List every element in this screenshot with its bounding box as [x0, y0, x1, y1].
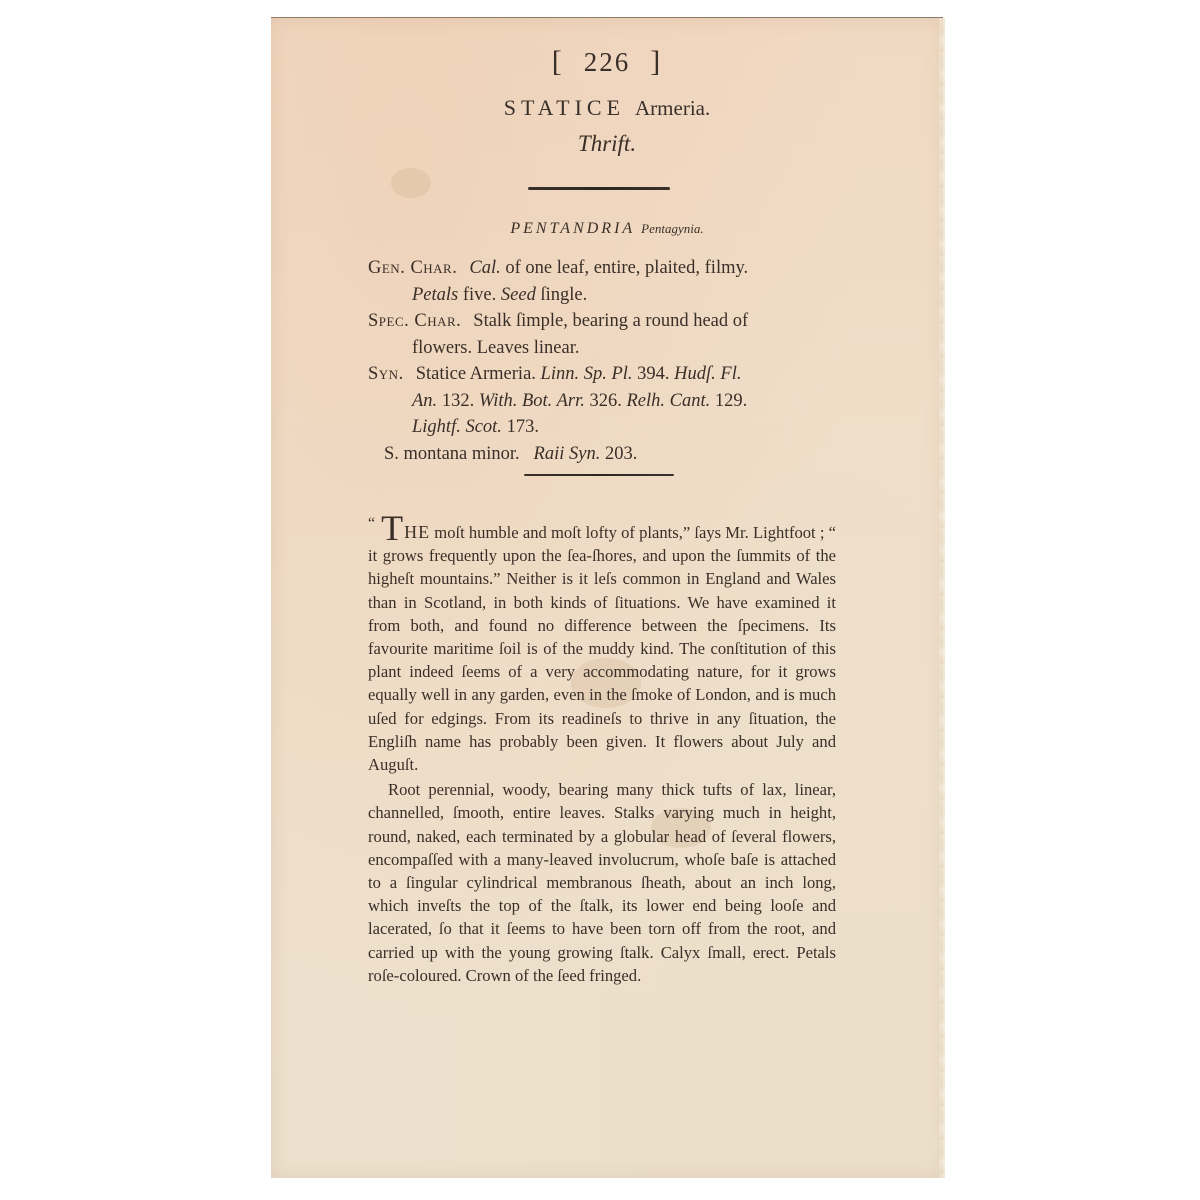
folio-bracket-right: ] — [650, 45, 662, 78]
common-name: Thrift. — [271, 131, 943, 157]
syn-ref: 129. — [710, 391, 747, 411]
paragraph-description: Root perennial, woody, bearing many thic… — [368, 778, 836, 987]
divider-rule — [524, 474, 674, 476]
page-title: STATICEArmeria. — [271, 95, 943, 121]
syn-ref: Relh. Cant. — [627, 391, 711, 411]
syn-ref: 173. — [502, 417, 539, 437]
gen-char-text: Petals — [412, 285, 458, 305]
spec-char-label: Spec. Char. — [368, 311, 461, 331]
syn-ref: 326. — [585, 391, 627, 411]
page-number: [226] — [271, 45, 943, 79]
syn-ref: Statice Armeria. — [416, 364, 541, 384]
gen-char-text: Seed — [501, 285, 536, 305]
open-quote: “ — [368, 515, 375, 532]
specific-character: Spec. Char.Stalk ſimple, bearing a round… — [368, 308, 838, 361]
synonym-extra: S. montana minor. Raii Syn. 203. — [368, 441, 838, 468]
book-page: [226] STATICEArmeria. Thrift. PENTANDRIA… — [271, 17, 943, 1178]
syn-ref: An. — [412, 391, 437, 411]
syn-label: Syn. — [368, 364, 404, 384]
genus-name: STATICE — [504, 95, 625, 120]
syn-ref: Lightf. Scot. — [412, 417, 502, 437]
synonyms: Syn.Statice Armeria. Linn. Sp. Pl. 394. … — [368, 361, 838, 441]
syn-extra-num: 203. — [600, 444, 637, 464]
generic-character: Gen. Char.Cal. of one leaf, entire, plai… — [368, 255, 838, 308]
order-name: Pentagynia. — [641, 221, 703, 236]
linnaean-classification: PENTANDRIAPentagynia. — [271, 220, 943, 238]
syn-extra-name: S. montana minor. — [384, 444, 520, 464]
paragraph-habitat: “THE moſt humble and moſt lofty of plant… — [368, 512, 836, 776]
divider-rule — [528, 187, 670, 190]
class-name: PENTANDRIA — [510, 220, 635, 237]
syn-ref: 394. — [633, 364, 675, 384]
species-name: Armeria. — [635, 96, 710, 120]
syn-ref: Hudſ. Fl. — [674, 364, 741, 384]
gen-char-text: Cal. — [469, 258, 500, 278]
foxing-spot — [391, 168, 431, 198]
syn-extra-ref: Raii Syn. — [534, 444, 601, 464]
gen-char-text: of one leaf, entire, plaited, filmy. — [501, 258, 748, 278]
spec-char-text: flowers. Leaves linear. — [368, 335, 838, 362]
gen-char-text: five. — [458, 285, 501, 305]
syn-ref: 132. — [437, 391, 479, 411]
gen-char-label: Gen. Char. — [368, 258, 457, 278]
botanical-characters: Gen. Char.Cal. of one leaf, entire, plai… — [368, 255, 838, 467]
first-word-rest: HE — [404, 522, 430, 542]
spec-char-text: Stalk ſimple, bearing a round head of — [473, 311, 748, 331]
syn-ref: With. Bot. Arr. — [479, 391, 585, 411]
paragraph-1-text: moſt humble and moſt lofty of plants,” ſ… — [368, 523, 836, 774]
gen-char-text: ſingle. — [536, 285, 587, 305]
description-body: “THE moſt humble and moſt lofty of plant… — [368, 512, 836, 987]
folio-bracket-left: [ — [552, 45, 564, 78]
syn-ref: Linn. Sp. Pl. — [541, 364, 633, 384]
folio-number: 226 — [584, 47, 631, 77]
drop-cap: T — [381, 508, 403, 548]
